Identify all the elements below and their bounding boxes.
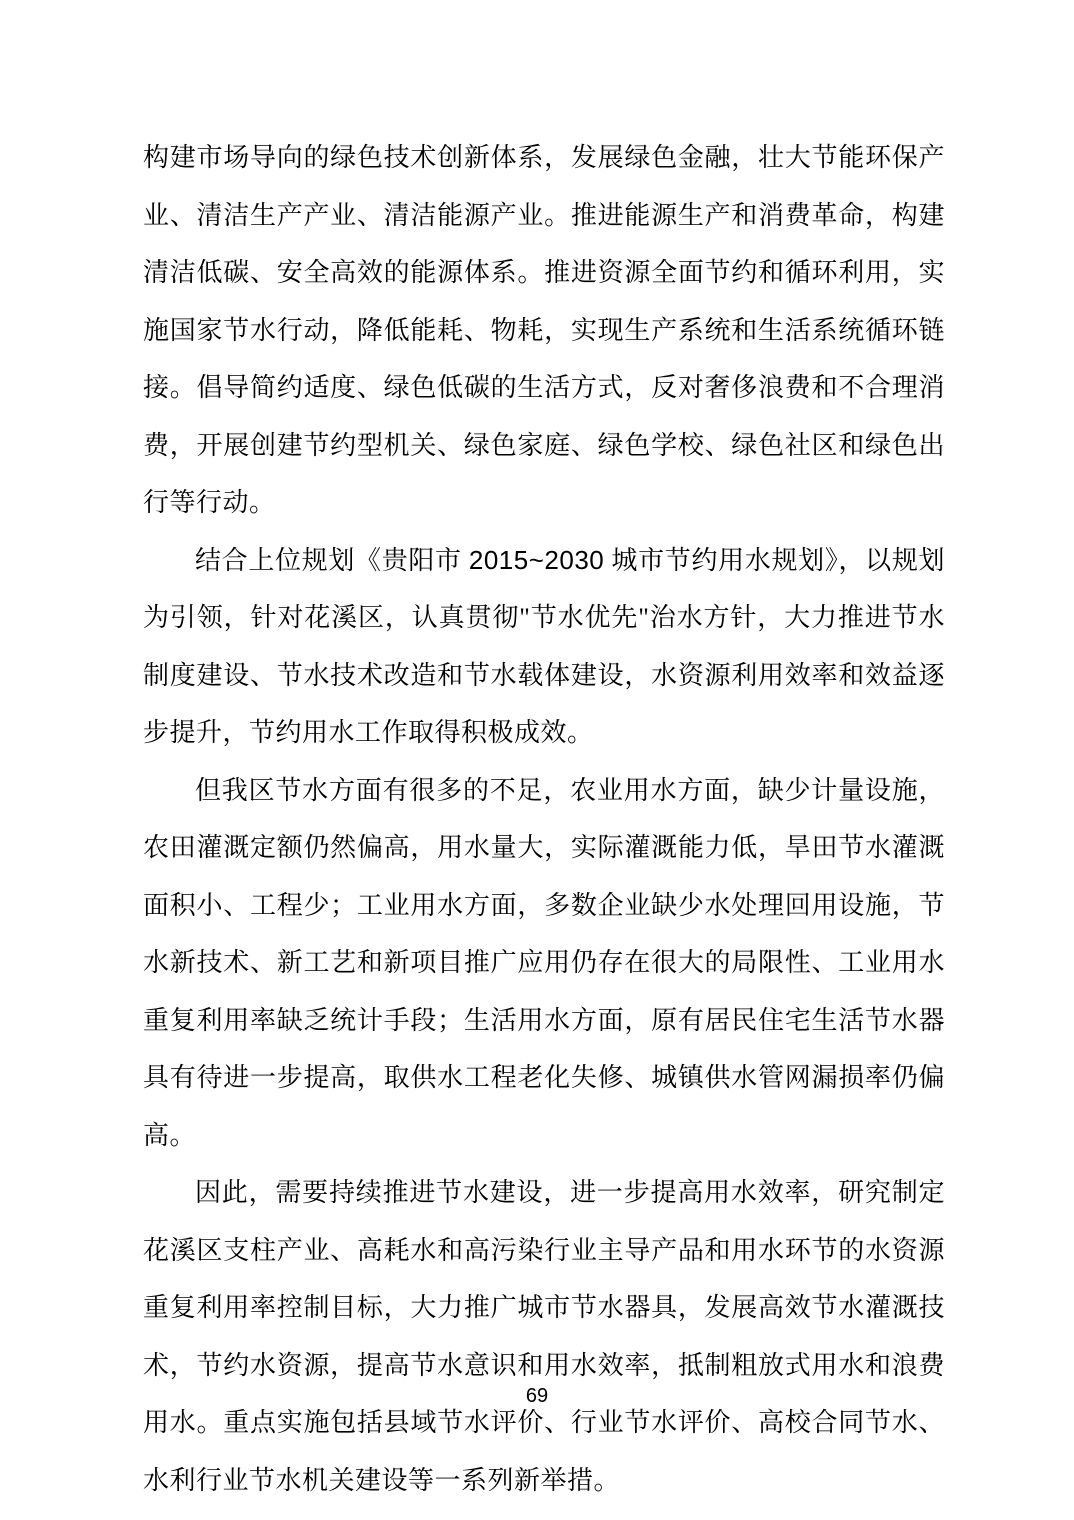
plan-year-range: 2015~2030 [469,545,604,575]
document-body: 构建市场导向的绿色技术创新体系，发展绿色金融，壮大节能环保产业、清洁生产产业、清… [143,129,945,1509]
paragraph-upper-level-plan: 结合上位规划《贵阳市 2015~2030 城市节约用水规划》，以规划为引领，针对… [143,532,945,762]
paragraph-green-development: 构建市场导向的绿色技术创新体系，发展绿色金融，壮大节能环保产业、清洁生产产业、清… [143,129,945,532]
paragraph-next-steps: 因此，需要持续推进节水建设，进一步提高用水效率，研究制定花溪区支柱产业、高耗水和… [143,1164,945,1509]
page-number: 69 [526,1385,548,1407]
paragraph-upper-level-plan-text-pre: 结合上位规划《贵阳市 [195,546,469,575]
document-page: 构建市场导向的绿色技术创新体系，发展绿色金融，壮大节能环保产业、清洁生产产业、清… [0,0,1074,1520]
paragraph-shortcomings: 但我区节水方面有很多的不足，农业用水方面，缺少计量设施，农田灌溉定额仍然偏高，用… [143,762,945,1165]
page-footer: 69 [0,1385,1074,1408]
paragraph-upper-level-plan-text-post: 城市节约用水规划》，以规划为引领，针对花溪区，认真贯彻"节水优先"治水方针，大力… [143,546,945,748]
